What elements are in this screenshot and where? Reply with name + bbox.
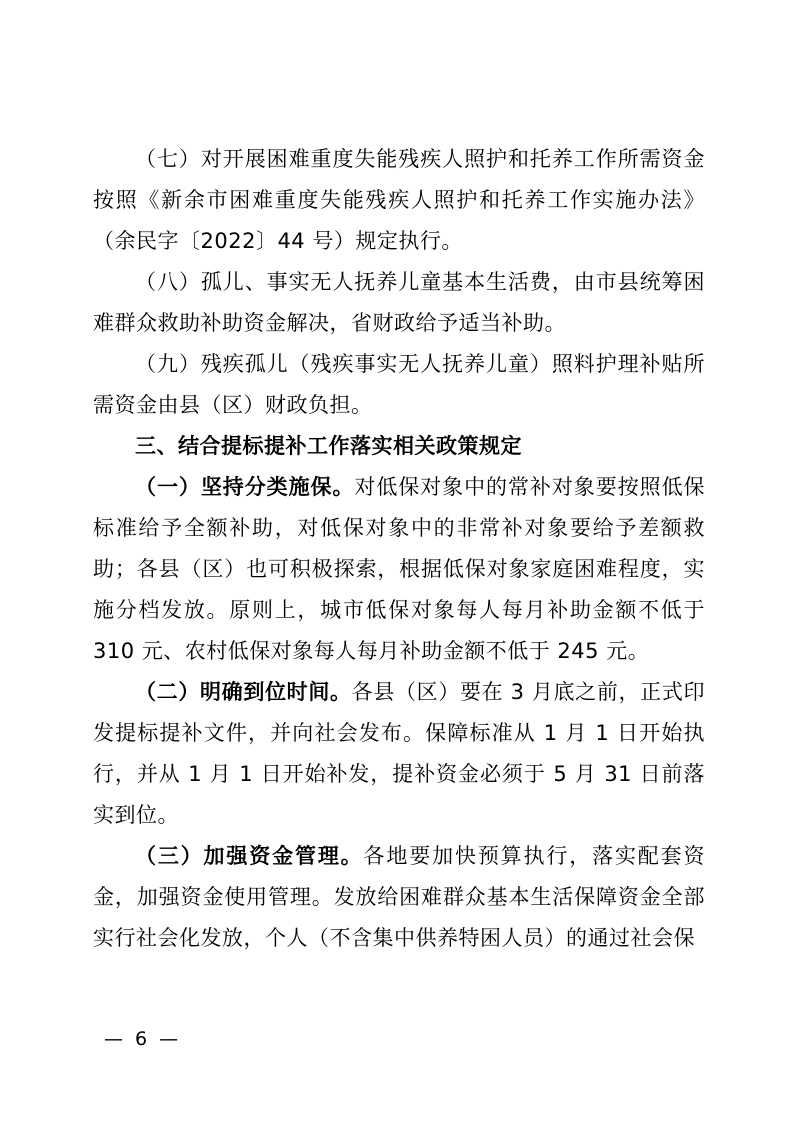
- document-body: （七）对开展困难重度失能残疾人照护和托养工作所需资金按照《新余市困难重度失能残疾…: [93, 139, 705, 959]
- paragraph-item-1-lead: （一）坚持分类施保。: [135, 475, 354, 499]
- section-3-heading: 三、结合提标提补工作落实相关政策规定: [93, 426, 705, 467]
- paragraph-item-3: （三）加强资金管理。各地要加快预算执行，落实配套资金，加强资金使用管理。发放给困…: [93, 836, 705, 959]
- document-page: （七）对开展困难重度失能残疾人照护和托养工作所需资金按照《新余市困难重度失能残疾…: [0, 0, 793, 1122]
- paragraph-item-2: （二）明确到位时间。各县（区）要在 3 月底之前，正式印发提标提补文件，并向社会…: [93, 672, 705, 836]
- paragraph-item-9: （九）残疾孤儿（残疾事实无人抚养儿童）照料护理补贴所需资金由县（区）财政负担。: [93, 344, 705, 426]
- paragraph-item-8-text: （八）孤儿、事实无人抚养儿童基本生活费，由市县统筹困难群众救助补助资金解决，省财…: [93, 270, 705, 335]
- paragraph-item-7-text: （七）对开展困难重度失能残疾人照护和托养工作所需资金按照《新余市困难重度失能残疾…: [93, 147, 705, 253]
- paragraph-item-8: （八）孤儿、事实无人抚养儿童基本生活费，由市县统筹困难群众救助补助资金解决，省财…: [93, 262, 705, 344]
- paragraph-item-3-lead: （三）加强资金管理。: [135, 844, 364, 868]
- paragraph-item-1: （一）坚持分类施保。对低保对象中的常补对象要按照低保标准给予全额补助，对低保对象…: [93, 467, 705, 672]
- section-3-heading-text: 三、结合提标提补工作落实相关政策规定: [135, 434, 522, 458]
- paragraph-item-9-text: （九）残疾孤儿（残疾事实无人抚养儿童）照料护理补贴所需资金由县（区）财政负担。: [93, 352, 705, 417]
- paragraph-item-2-lead: （二）明确到位时间。: [135, 680, 352, 704]
- paragraph-item-1-text: 对低保对象中的常补对象要按照低保标准给予全额补助，对低保对象中的非常补对象要给予…: [93, 475, 705, 663]
- paragraph-item-7: （七）对开展困难重度失能残疾人照护和托养工作所需资金按照《新余市困难重度失能残疾…: [93, 139, 705, 262]
- page-number: — 6 —: [104, 1024, 181, 1054]
- page-number-text: — 6 —: [104, 1028, 181, 1050]
